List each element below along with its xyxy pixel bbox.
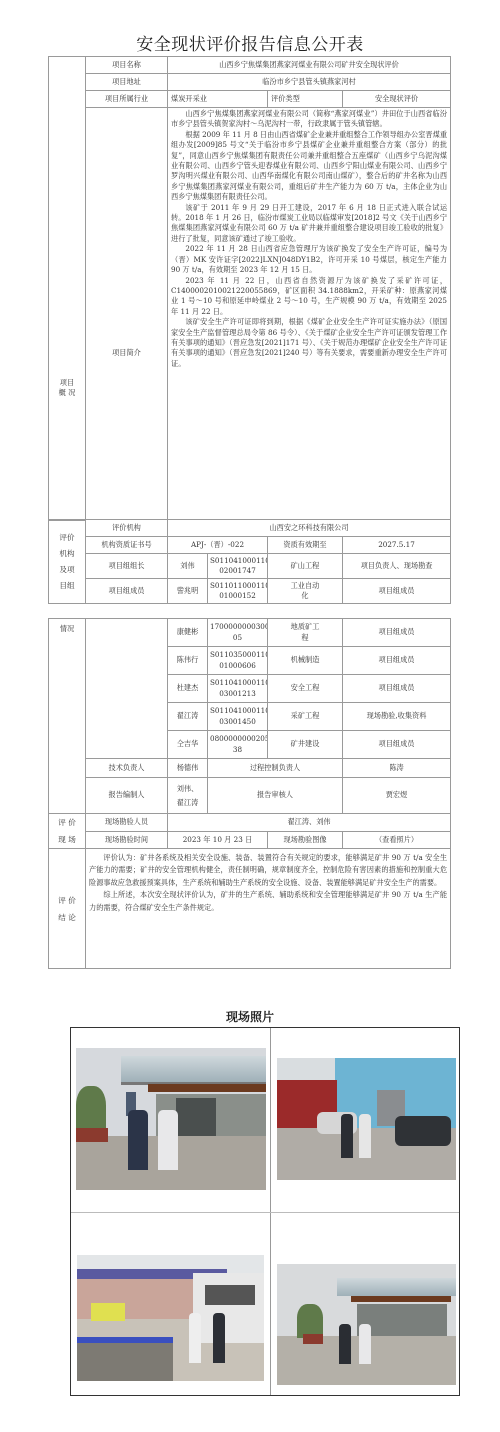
tech-lead-label: 技术负责人: [86, 759, 168, 778]
member-role: 项目组成员: [343, 675, 451, 703]
reviewer-label: 报告审核人: [208, 778, 343, 814]
member-role: 现场勘验,收集资料: [343, 703, 451, 731]
member-name: 杜建杰: [168, 675, 208, 703]
project-address-value: 临汾市乡宁县管头镇燕家河村: [168, 74, 451, 91]
project-name-value: 山西乡宁焦煤集团燕家河煤业有限公司矿井安全现状评价: [168, 57, 451, 74]
photos-title: 现场照片: [0, 1008, 500, 1025]
conclusion-paragraph: 评价认为：矿井各系统及相关安全设施、装备、装置符合有关规定的要求，能够满足矿井 …: [89, 852, 447, 889]
member-cert: S0110350001102 01000606: [208, 647, 268, 675]
site-photo-1[interactable]: [76, 1048, 266, 1190]
member-major: 矿山工程: [268, 554, 343, 579]
site-photo-3[interactable]: [77, 1255, 264, 1381]
grid-divider: [71, 1212, 459, 1213]
author-label: 报告编制人: [86, 778, 168, 814]
info-table-part2: 情况 康健彬 17000000003003 05 地质矿工 程 项目组成员 陈伟…: [48, 618, 451, 969]
project-intro-text: 山西乡宁焦煤集团燕家河煤业有限公司（简称“燕家河煤业”）井田位于山西省临汾市乡宁…: [168, 108, 451, 520]
conclusion-section-label: 评 价 结 论: [49, 849, 86, 969]
valid-value: 2027.5.17: [343, 537, 451, 554]
member-name: 康健彬: [168, 619, 208, 647]
intro-paragraph: 山西乡宁焦煤集团燕家河煤业有限公司（简称“燕家河煤业”）井田位于山西省临汾市乡宁…: [171, 109, 447, 130]
inspection-time-label: 现场勘验时间: [86, 831, 168, 849]
intro-paragraph: 2023 年 11 月 22 日，山西省自然资源厅为该矿换发了采矿许可证，C14…: [171, 276, 447, 318]
intro-paragraph: 2022 年 11 月 28 日山西省应急管理厅为该矿换发了安全生产许可证，编号…: [171, 244, 447, 275]
conclusion-text: 评价认为：矿井各系统及相关安全设施、装备、装置符合有关规定的要求，能够满足矿井 …: [86, 849, 451, 969]
intro-paragraph: 根据 2009 年 11 月 8 日由山西省煤矿企业兼并重组整合工作领导组办公室…: [171, 130, 447, 203]
member-cert: S0110410001102 02001747: [208, 554, 268, 579]
member-role: 项目组成员: [343, 619, 451, 647]
intro-paragraph: 该矿于 2011 年 9 月 29 日开工建设，2017 年 6 月 18 日正…: [171, 203, 447, 245]
member-role: 项目组成员: [343, 731, 451, 759]
member-label: 项目组成员: [86, 579, 168, 604]
member-major: 工业自动 化: [268, 579, 343, 604]
reviewer-value: 贾宏煜: [343, 778, 451, 814]
project-address-label: 项目地址: [86, 74, 168, 91]
org-section-label: 评价 机构 及项 目组: [49, 520, 86, 604]
leader-label: 项目组组长: [86, 554, 168, 579]
agency-label: 评价机构: [86, 520, 168, 537]
inspectors-value: 翟江涛、刘伟: [168, 814, 451, 832]
member-cert: S0110110001102 01000152: [208, 579, 268, 604]
process-lead-value: 陈涛: [343, 759, 451, 778]
member-name: 陈伟行: [168, 647, 208, 675]
project-name-label: 项目名称: [86, 57, 168, 74]
member-role: 项目组成员: [343, 647, 451, 675]
member-cert: S0110410001102 03001450: [208, 703, 268, 731]
page-title: 安全现状评价报告信息公开表: [0, 30, 500, 55]
agency-value: 山西安之环科技有限公司: [168, 520, 451, 537]
industry-value: 煤炭开采业: [168, 91, 268, 108]
info-table-part1: 项目 概 况 项目名称 山西乡宁焦煤集团燕家河煤业有限公司矿井安全现状评价 项目…: [48, 56, 451, 521]
tech-lead-value: 杨德伟: [168, 759, 208, 778]
author-value: 刘伟、 翟江涛: [168, 778, 208, 814]
member-name: 訾兆明: [168, 579, 208, 604]
valid-label: 资质有效期至: [268, 537, 343, 554]
view-photos-link[interactable]: （查看照片）: [343, 831, 451, 849]
project-intro-label: 项目简介: [86, 108, 168, 520]
inspection-time-value: 2023 年 10 月 23 日: [168, 831, 268, 849]
member-role: 项目负责人、现场勘查: [343, 554, 451, 579]
overview-section-label: 项目 概 况: [49, 57, 86, 521]
member-cert: 17000000003003 05: [208, 619, 268, 647]
member-major: 地质矿工 程: [268, 619, 343, 647]
member-name: 仝吉华: [168, 731, 208, 759]
member-major: 安全工程: [268, 675, 343, 703]
member-major: 机械制造: [268, 647, 343, 675]
member-major: 采矿工程: [268, 703, 343, 731]
member-role: 项目组成员: [343, 579, 451, 604]
member-cert: S0110410001102 03001213: [208, 675, 268, 703]
site-section-label: 评 价 现 场: [49, 814, 86, 849]
eval-type-value: 安全现状评价: [343, 91, 451, 108]
site-photo-4[interactable]: [277, 1264, 456, 1385]
member-name: 刘伟: [168, 554, 208, 579]
info-table-part1b: 评价 机构 及项 目组 评价机构 山西安之环科技有限公司 机构资质证书号 APJ…: [48, 519, 451, 604]
intro-paragraph: 该矿安全生产许可证即将到期，根据《煤矿企业安全生产许可证实施办法》（原国家安全生…: [171, 317, 447, 369]
industry-label: 项目所属行业: [86, 91, 168, 108]
cert-value: APJ-（晋）-022: [168, 537, 268, 554]
inspectors-label: 现场勘验人员: [86, 814, 168, 832]
process-lead-label: 过程控制负责人: [208, 759, 343, 778]
site-photo-2[interactable]: [277, 1058, 456, 1180]
cert-label: 机构资质证书号: [86, 537, 168, 554]
member-major: 矿井建设: [268, 731, 343, 759]
org-section-label-cont: 情况: [49, 619, 86, 814]
member-name: 翟江涛: [168, 703, 208, 731]
photo-grid: [70, 1027, 460, 1396]
eval-type-label: 评价类型: [268, 91, 343, 108]
conclusion-paragraph: 综上所述，本次安全现状评价认为，矿井的生产系统、辅助系统和安全管理能够满足矿井 …: [89, 889, 447, 914]
member-cert: 08000000002056 38: [208, 731, 268, 759]
inspection-images-label: 现场勘验图像: [268, 831, 343, 849]
members-blank: [86, 619, 168, 759]
